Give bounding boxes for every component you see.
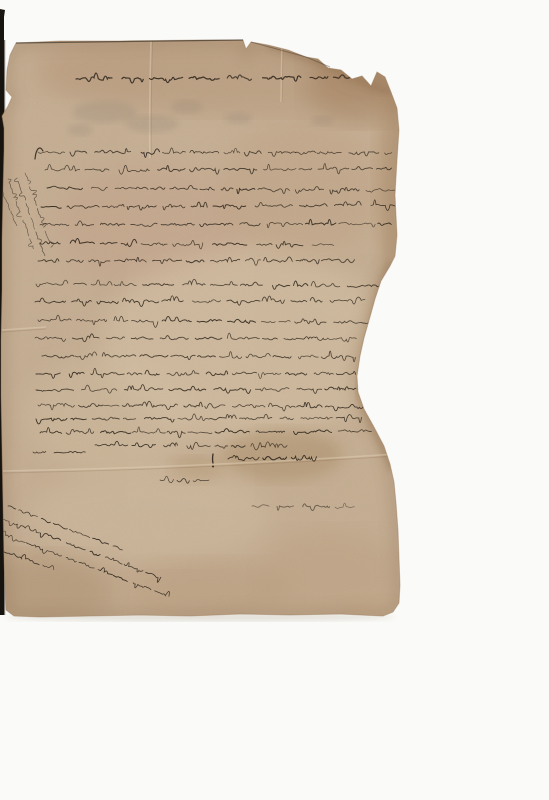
ink-ghost-smudge [126, 115, 178, 133]
paper-grain [0, 20, 420, 640]
ink-ghost-smudge [311, 116, 333, 126]
handwritten-word [370, 418, 378, 419]
manuscript-paper [0, 20, 420, 640]
ink-ghost-smudge [224, 112, 252, 124]
scan-canvas [0, 0, 549, 800]
ink-ghost-smudge [171, 100, 203, 114]
ink-ghost-smudge [73, 101, 137, 123]
scanned-document [0, 0, 549, 800]
scanner-edge-mark [0, 9, 5, 17]
ink-ghost-smudge [68, 124, 92, 136]
